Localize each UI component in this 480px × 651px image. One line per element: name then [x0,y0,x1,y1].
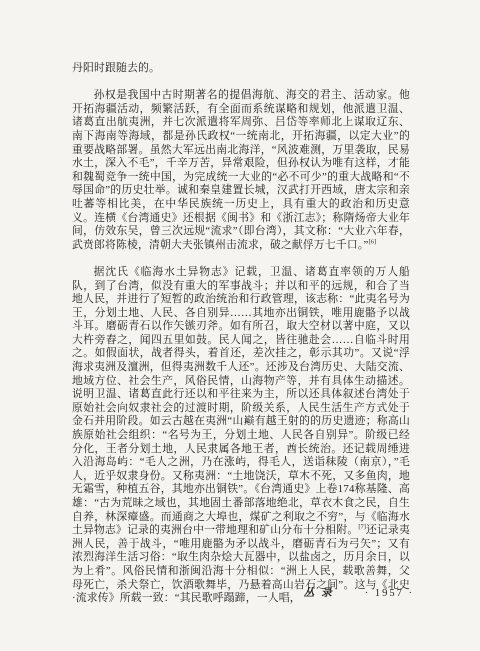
paragraph-text: 据沈氏《临海水土异物志》记载，卫温、诸葛直率领的万人船队，到了台湾，似没有重大的… [72,266,410,536]
page-number: · 1957 · [365,588,414,599]
paragraph-continuation: 丹阳时跟随去的。 [72,62,410,76]
paragraph-text: 孙权是我国中古时期著名的提倡海航、海交的君主、活动家。他开拓海疆活动，频繁活跃，… [72,89,410,251]
paragraph-sun-quan: 孙权是我国中古时期著名的提倡海航、海交的君主、活动家。他开拓海疆活动，频繁活跃，… [72,89,410,252]
scanned-book-page: 丹阳时跟随去的。 孙权是我国中古时期著名的提倡海航、海交的君主、活动家。他开拓海… [0,0,480,651]
page-text-block: 丹阳时跟随去的。 孙权是我国中古时期著名的提倡海航、海交的君主、活动家。他开拓海… [72,62,410,606]
series-title: 丛录 [304,588,339,599]
paragraph-linhai-record: 据沈氏《临海水土异物志》记载，卫温、诸葛直率领的万人船队，到了台湾，似没有重大的… [72,266,410,606]
page-footer: 丛录· 1957 · [304,585,414,600]
footnote-marker-6: [6] [369,238,377,245]
footnote-marker-7: [7] [358,524,366,531]
